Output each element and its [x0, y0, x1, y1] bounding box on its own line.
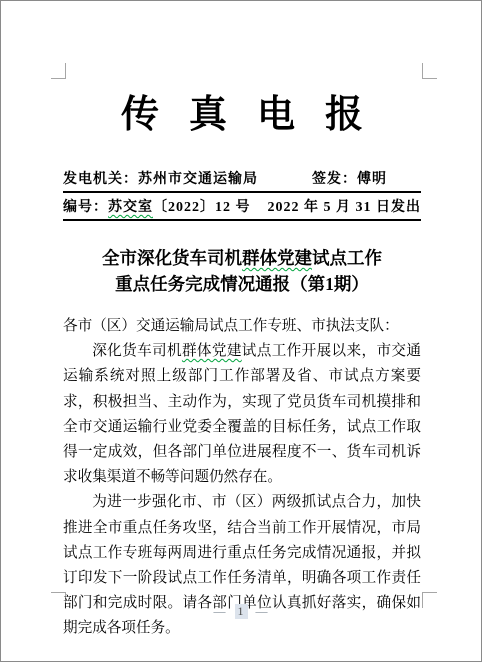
signer-value: 傅明 [357, 172, 387, 187]
text-boundary-mark-top-left [51, 63, 66, 79]
document-body: 各市（区）交通运输局试点工作专班、市执法支队： 深化货车司机群体党建试点工作开展… [63, 314, 421, 642]
document-number-field: 编号：苏交室〔2022〕12 号 [63, 196, 251, 216]
text-segment: 试点工作开展以来，市交通运输系统对照上级部门工作部署及省、市试点方案要求，积极担… [63, 343, 421, 485]
document-number-value: 苏交室〔2022〕12 号 [108, 200, 251, 215]
document-title: 全市深化货车司机群体党建试点工作 重点任务完成情况通报（第1期） [63, 245, 421, 297]
header-number-row: 编号：苏交室〔2022〕12 号 2022 年 5 月 31 日发出 [63, 193, 421, 221]
document-title-line1: 全市深化货车司机群体党建试点工作 [63, 245, 421, 271]
text-segment: 试点工作 [312, 248, 382, 268]
salutation-line: 各市（区）交通运输局试点工作专班、市执法支队： [63, 314, 421, 339]
spellcheck-flagged-text: 群体党建 [242, 248, 312, 268]
text-segment: 〔2022〕12 号 [153, 200, 251, 215]
page-number-left-dash: — [214, 604, 227, 618]
page-number-value: 1 [235, 604, 248, 619]
body-paragraph: 深化货车司机群体党建试点工作开展以来，市交通运输系统对照上级部门工作部署及省、市… [63, 339, 421, 490]
spellcheck-flagged-text: 苏交室 [108, 200, 153, 215]
page-number-right-dash: — [256, 604, 269, 618]
issue-date: 2022 年 5 月 31 日发出 [268, 196, 422, 216]
document-title-line2: 重点任务完成情况通报（第1期） [63, 271, 421, 297]
document-content: 传真电报 发电机关：苏州市交通运输局 签发：傅明 编号：苏交室〔2022〕12 … [63, 83, 421, 642]
issuer-field: 发电机关：苏州市交通运输局 [63, 168, 258, 188]
header-issuer-row: 发电机关：苏州市交通运输局 签发：傅明 [63, 165, 421, 193]
spellcheck-flagged-text: 群体党建 [182, 343, 242, 359]
masthead-title: 传真电报 [63, 89, 451, 141]
issuer-label: 发电机关： [63, 172, 138, 187]
text-segment: 深化货车司机 [92, 343, 182, 359]
page-number: —1— [1, 604, 481, 619]
issuer-value: 苏州市交通运输局 [138, 172, 258, 187]
document-number-label: 编号： [63, 200, 108, 215]
document-page: 传真电报 发电机关：苏州市交通运输局 签发：傅明 编号：苏交室〔2022〕12 … [0, 0, 482, 662]
signer-label: 签发： [312, 172, 357, 187]
text-boundary-mark-top-right [422, 63, 437, 79]
signer-field: 签发：傅明 [312, 168, 387, 188]
text-segment: 全市深化货车司机 [102, 248, 242, 268]
